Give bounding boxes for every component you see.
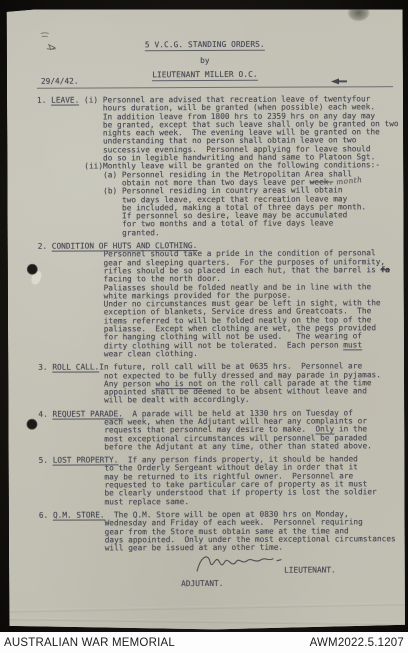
paper-crease: [9, 602, 405, 612]
typed-body: 1. LEAVE. (i) Personnel are advised that…: [37, 95, 405, 553]
document-date: 29/4/42.: [41, 77, 79, 86]
signature: [194, 551, 286, 579]
document-page: 5 V.C.G. STANDING ORDERS. by LIEUTENANT …: [7, 7, 406, 631]
paper-crease: [9, 617, 405, 625]
accession-number: AWM2022.5.1207: [310, 637, 404, 649]
punch-hole-bottom: [26, 419, 37, 430]
header-rule: [37, 86, 393, 89]
signoff-role: ADJUTANT.: [181, 579, 223, 588]
stain-mark: [348, 4, 370, 21]
document-byline: by: [7, 55, 403, 66]
document-title: 5 V.C.G. STANDING ORDERS.: [7, 39, 403, 50]
institution-label: AUSTRALIAN WAR MEMORIAL: [4, 637, 175, 649]
photo-background: 5 V.C.G. STANDING ORDERS. by LIEUTENANT …: [0, 0, 408, 632]
catalogue-strip: AUSTRALIAN WAR MEMORIAL AWM2022.5.1207: [0, 632, 408, 653]
punch-hole-top: [27, 264, 38, 275]
signoff-rank: LIEUTENANT.: [284, 565, 336, 574]
ink-arrow-mark: [329, 77, 349, 85]
